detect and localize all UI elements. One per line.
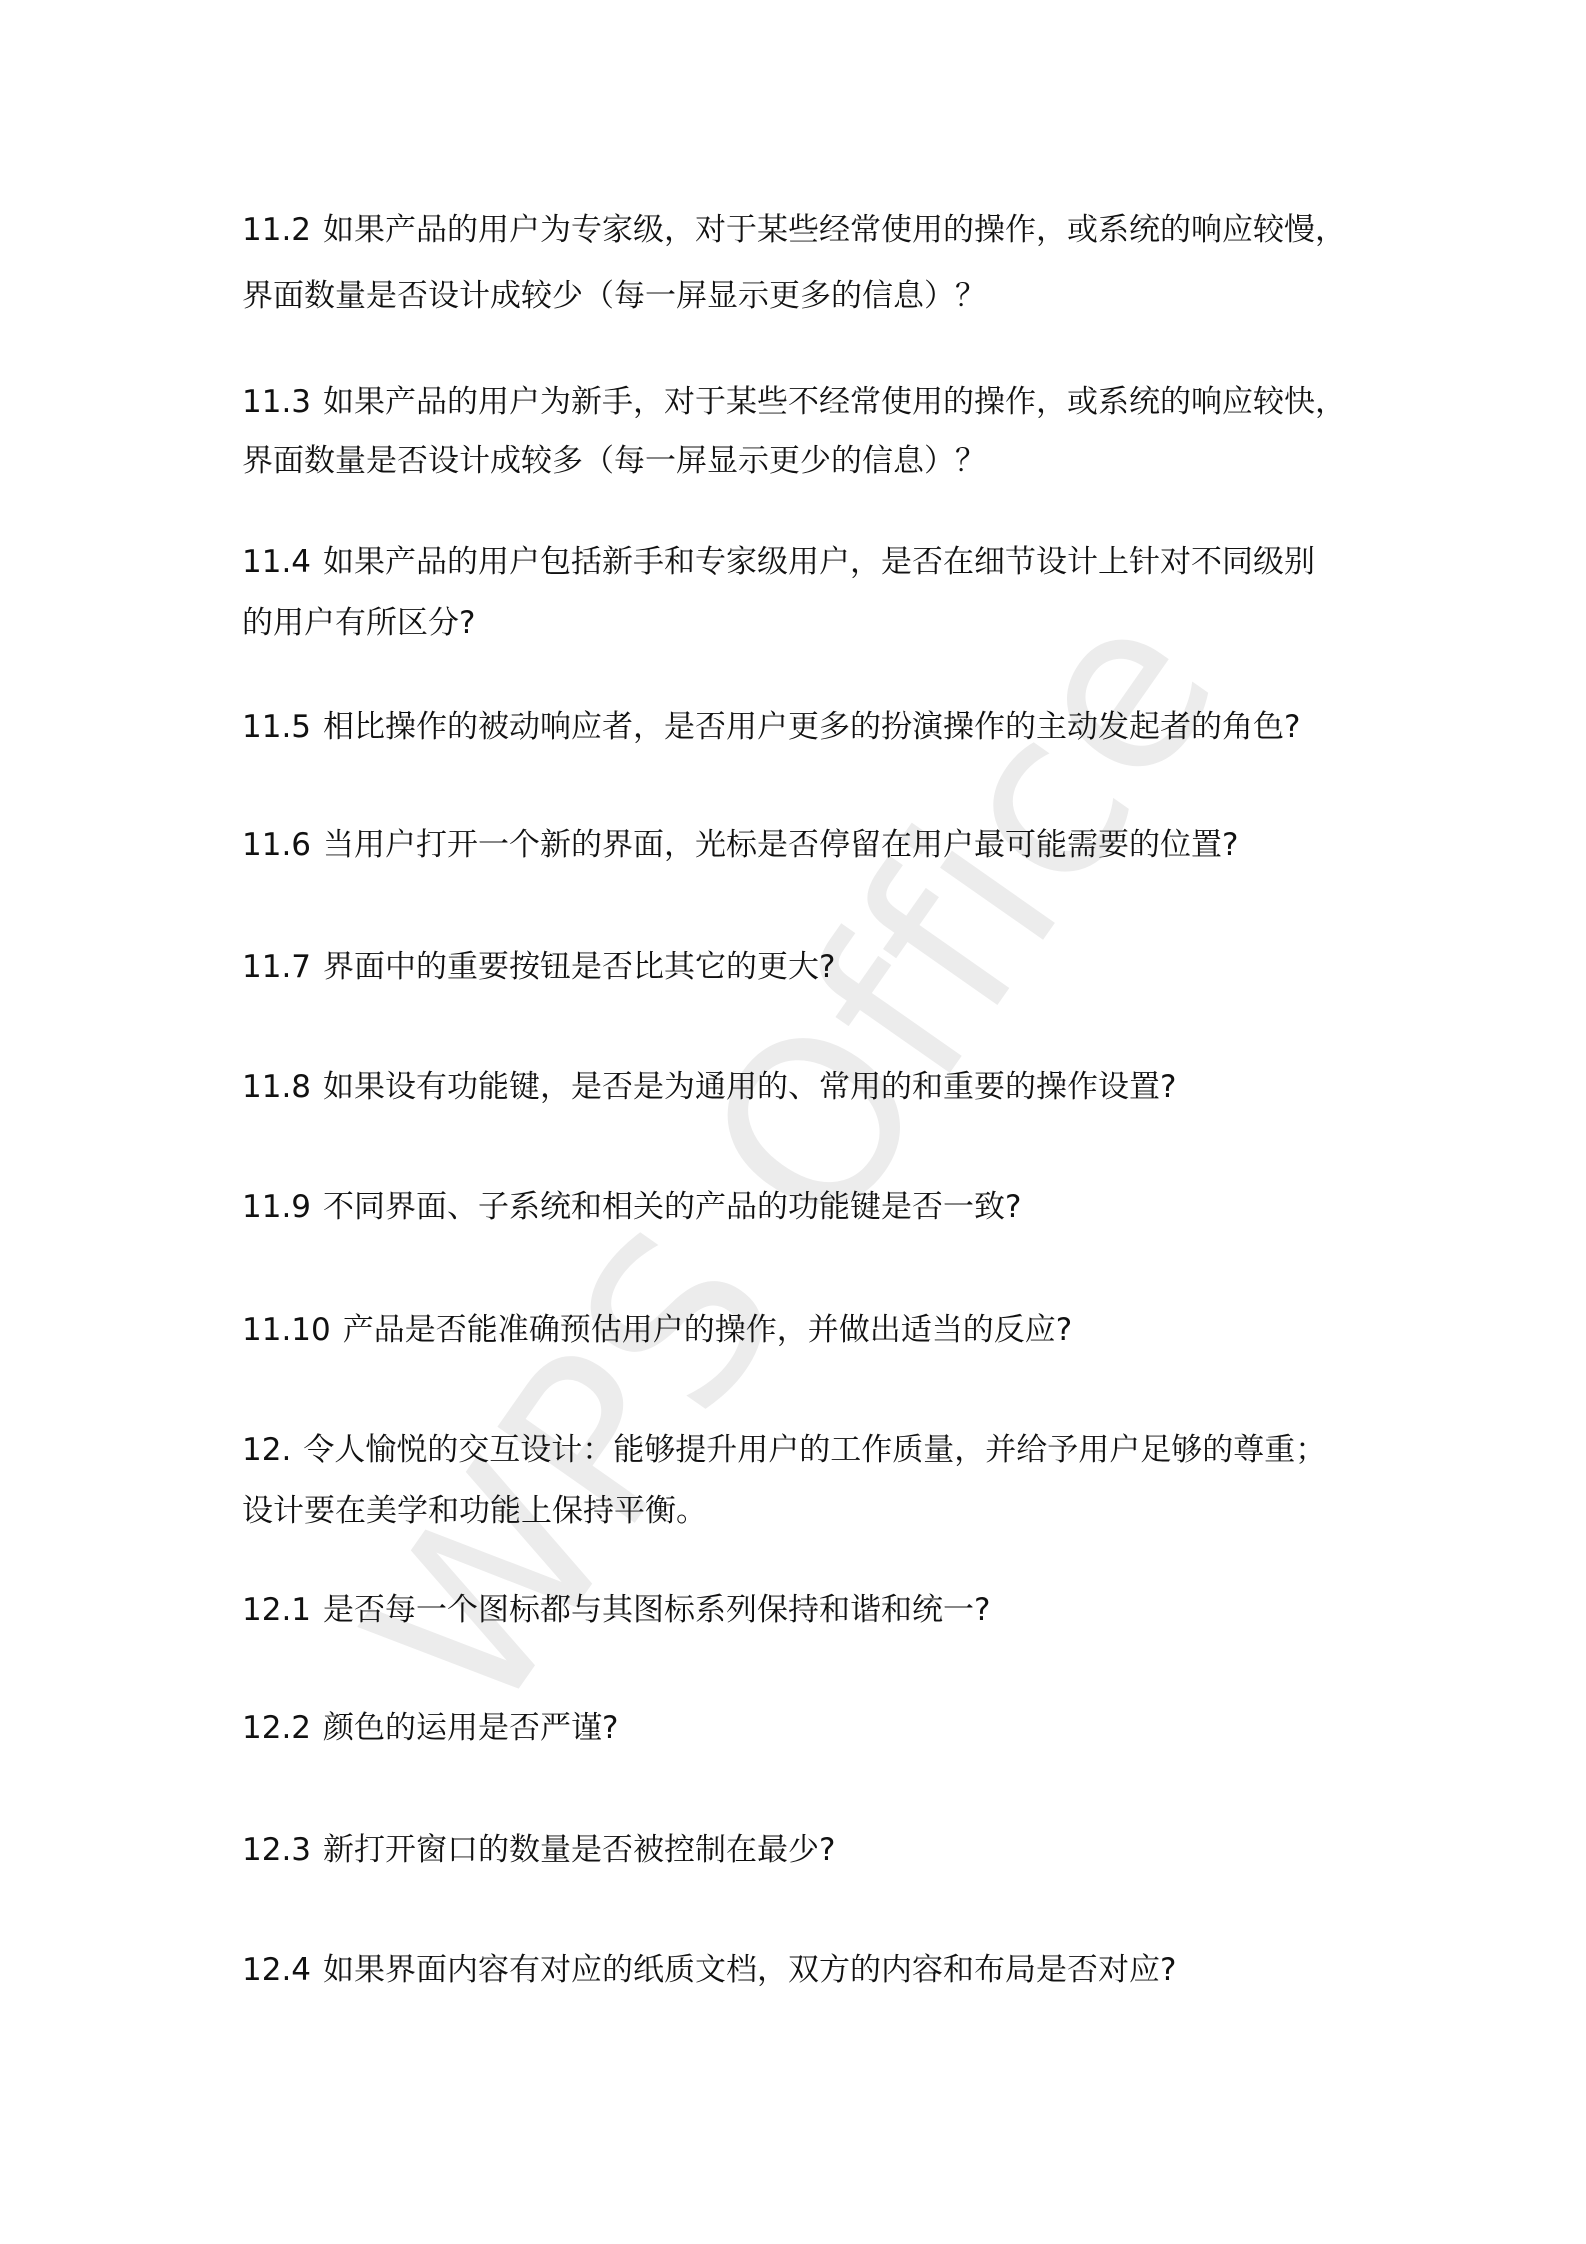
item-11-8: 11.8如果设有功能键，是否是为通用的、常用的和重要的操作设置? bbox=[242, 1067, 1176, 1107]
item-text: 界面数量是否设计成较少（每一屏显示更多的信息）？ bbox=[242, 278, 986, 314]
item-text: 产品是否能准确预估用户的操作，并做出适当的反应? bbox=[343, 1312, 1072, 1348]
item-number: 12.1 bbox=[242, 1590, 311, 1630]
item-number: 12.4 bbox=[242, 1950, 311, 1990]
item-12-3: 12.3新打开窗口的数量是否被控制在最少? bbox=[242, 1830, 835, 1870]
item-text: 颜色的运用是否严谨? bbox=[323, 1710, 618, 1746]
item-number: 11.6 bbox=[242, 825, 311, 865]
item-text: 如果界面内容有对应的纸质文档，双方的内容和布局是否对应? bbox=[323, 1952, 1176, 1988]
item-number: 11.10 bbox=[242, 1310, 331, 1350]
item-11-7: 11.7界面中的重要按钮是否比其它的更大? bbox=[242, 947, 835, 987]
item-text: 如果产品的用户为新手，对于某些不经常使用的操作，或系统的响应较快， bbox=[323, 384, 1346, 420]
item-text: 界面数量是否设计成较多（每一屏显示更少的信息）？ bbox=[242, 443, 986, 479]
item-number: 11.8 bbox=[242, 1067, 311, 1107]
item-11-2-line-2: 界面数量是否设计成较少（每一屏显示更多的信息）？ bbox=[242, 276, 986, 316]
item-number: 11.5 bbox=[242, 707, 311, 747]
document-page: WPS Office 11.2如果产品的用户为专家级，对于某些经常使用的操作，或… bbox=[0, 0, 1586, 2244]
item-text: 如果产品的用户为专家级，对于某些经常使用的操作，或系统的响应较慢， bbox=[323, 212, 1346, 248]
item-11-4-line-2: 的用户有所区分? bbox=[242, 603, 475, 643]
item-number: 11.9 bbox=[242, 1187, 311, 1227]
item-text: 新打开窗口的数量是否被控制在最少? bbox=[323, 1832, 835, 1868]
item-text: 的用户有所区分? bbox=[242, 605, 475, 641]
item-number: 11.3 bbox=[242, 382, 311, 422]
item-number: 12.2 bbox=[242, 1708, 311, 1748]
item-number: 11.7 bbox=[242, 947, 311, 987]
item-text: 相比操作的被动响应者，是否用户更多的扮演操作的主动发起者的角色? bbox=[323, 709, 1300, 745]
section-text: 设计要在美学和功能上保持平衡。 bbox=[242, 1493, 707, 1529]
item-12-1: 12.1是否每一个图标都与其图标系列保持和谐和统一? bbox=[242, 1590, 990, 1630]
item-text: 如果产品的用户包括新手和专家级用户，是否在细节设计上针对不同级别 bbox=[323, 544, 1315, 580]
section-number: 12. bbox=[242, 1430, 291, 1470]
item-11-3-line-2: 界面数量是否设计成较多（每一屏显示更少的信息）？ bbox=[242, 441, 986, 481]
item-11-4-line-1: 11.4如果产品的用户包括新手和专家级用户，是否在细节设计上针对不同级别 bbox=[242, 542, 1315, 582]
item-text: 界面中的重要按钮是否比其它的更大? bbox=[323, 949, 835, 985]
item-text: 是否每一个图标都与其图标系列保持和谐和统一? bbox=[323, 1592, 990, 1628]
section-text: 令人愉悦的交互设计：能够提升用户的工作质量，并给予用户足够的尊重； bbox=[303, 1432, 1326, 1468]
item-12-2: 12.2颜色的运用是否严谨? bbox=[242, 1708, 618, 1748]
item-number: 12.3 bbox=[242, 1830, 311, 1870]
item-number: 11.2 bbox=[242, 210, 311, 250]
section-12-heading-line-1: 12.令人愉悦的交互设计：能够提升用户的工作质量，并给予用户足够的尊重； bbox=[242, 1430, 1326, 1470]
item-text: 如果设有功能键，是否是为通用的、常用的和重要的操作设置? bbox=[323, 1069, 1176, 1105]
item-number: 11.4 bbox=[242, 542, 311, 582]
item-11-2-line-1: 11.2如果产品的用户为专家级，对于某些经常使用的操作，或系统的响应较慢， bbox=[242, 210, 1346, 250]
item-text: 当用户打开一个新的界面，光标是否停留在用户最可能需要的位置? bbox=[323, 827, 1238, 863]
item-11-9: 11.9不同界面、子系统和相关的产品的功能键是否一致? bbox=[242, 1187, 1021, 1227]
item-11-3-line-1: 11.3如果产品的用户为新手，对于某些不经常使用的操作，或系统的响应较快， bbox=[242, 382, 1346, 422]
item-11-10: 11.10产品是否能准确预估用户的操作，并做出适当的反应? bbox=[242, 1310, 1072, 1350]
item-11-5: 11.5相比操作的被动响应者，是否用户更多的扮演操作的主动发起者的角色? bbox=[242, 707, 1300, 747]
item-11-6: 11.6当用户打开一个新的界面，光标是否停留在用户最可能需要的位置? bbox=[242, 825, 1238, 865]
item-text: 不同界面、子系统和相关的产品的功能键是否一致? bbox=[323, 1189, 1021, 1225]
item-12-4: 12.4如果界面内容有对应的纸质文档，双方的内容和布局是否对应? bbox=[242, 1950, 1176, 1990]
section-12-heading-line-2: 设计要在美学和功能上保持平衡。 bbox=[242, 1491, 707, 1531]
